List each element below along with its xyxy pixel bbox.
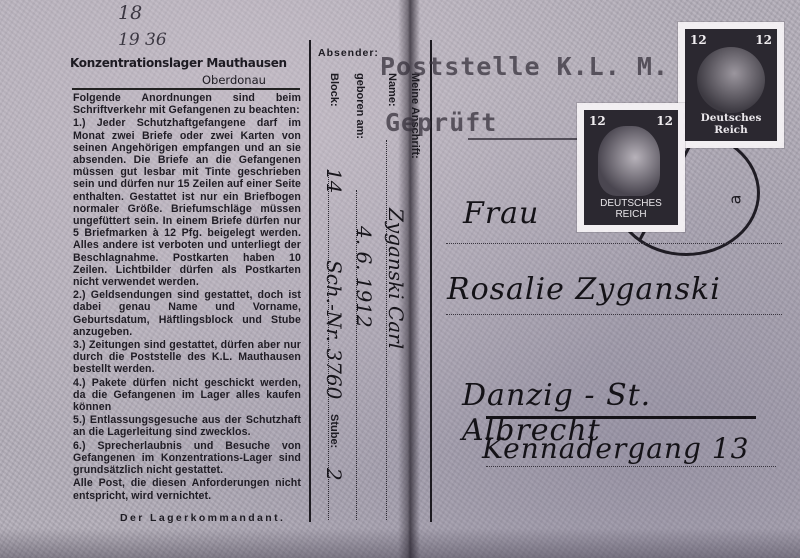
mail-regulations: Folgende Anordnungen sind beim Schriftve…	[73, 92, 301, 503]
commandant-signature: Der Lagerkommandant.	[120, 512, 285, 524]
city-underline	[486, 416, 756, 419]
stamp-country: DEUTSCHES REICH	[584, 198, 678, 220]
camp-subtitle: Oberdonau	[202, 73, 266, 87]
cancellation-letter: a	[725, 195, 744, 205]
room-value: 2	[322, 468, 346, 481]
regulation-3: 3.) Zeitungen sind gestattet, dürfen abe…	[73, 339, 301, 376]
name-value: Zyganski Carl	[384, 208, 408, 349]
stamp-hitler: 12 12 DEUTSCHES REICH	[577, 103, 685, 232]
regulation-6: 6.) Sprecherlaubnis und Besuche von Gefa…	[73, 440, 301, 477]
censor-stamp-rule	[468, 138, 580, 140]
stamp-value-right: 12	[656, 114, 673, 128]
portrait-profile-icon	[598, 126, 660, 196]
postcard: 18 19 36 Konzentrationslager Mauthausen …	[0, 0, 800, 558]
recipient-street: Kennadergang 13	[482, 432, 749, 465]
regulation-5: 5.) Entlassungsgesuche aus der Schutzhaf…	[73, 414, 301, 438]
header-rule	[72, 88, 300, 90]
regulation-2: 2.) Geldsendungen sind gestattet, doch i…	[73, 289, 301, 338]
stamp-value-left: 12	[589, 114, 606, 128]
sender-column-left-border	[309, 40, 311, 522]
block-value: 14	[322, 168, 346, 193]
bottom-edge-shadow	[0, 528, 800, 558]
born-label: geboren am:	[354, 73, 366, 139]
regulations-intro: Folgende Anordnungen sind beim Schriftve…	[73, 92, 301, 116]
censor-stamp-line1: Poststelle K.L. M.	[380, 52, 669, 81]
stamp-hindenburg: 12 12 Deutsches Reich	[678, 22, 784, 148]
stamp-country: Deutsches Reich	[685, 112, 777, 136]
handwritten-note-year: 19 36	[118, 30, 167, 50]
portrait-medallion-icon	[697, 47, 765, 113]
address-line-2	[446, 314, 782, 315]
stamp-value-left: 12	[690, 33, 707, 47]
sender-label: Absender:	[318, 47, 379, 59]
regulation-4: 4.) Pakete dürfen nicht geschickt werden…	[73, 377, 301, 414]
address-line-3	[486, 466, 776, 467]
stamp-value-right: 12	[755, 33, 772, 47]
block-label: Block:	[328, 73, 340, 107]
born-value: 4. 6. 1912	[352, 226, 376, 328]
address-line-1	[446, 243, 782, 244]
handwritten-note-top: 18	[118, 2, 142, 24]
regulations-closing: Alle Post, die diesen Anforderungen nich…	[73, 477, 301, 501]
recipient-salutation: Frau	[463, 196, 539, 231]
camp-title: Konzentrationslager Mauthausen	[70, 55, 287, 70]
recipient-name: Rosalie Zyganski	[447, 272, 721, 307]
censor-stamp-line2: Geprüft	[385, 108, 497, 137]
prisoner-number-value: Sch.-Nr. 3760	[322, 260, 346, 399]
regulation-1: 1.) Jeder Schutzhaftgefangene darf im Mo…	[73, 117, 301, 288]
room-label: Stube:	[328, 414, 340, 448]
